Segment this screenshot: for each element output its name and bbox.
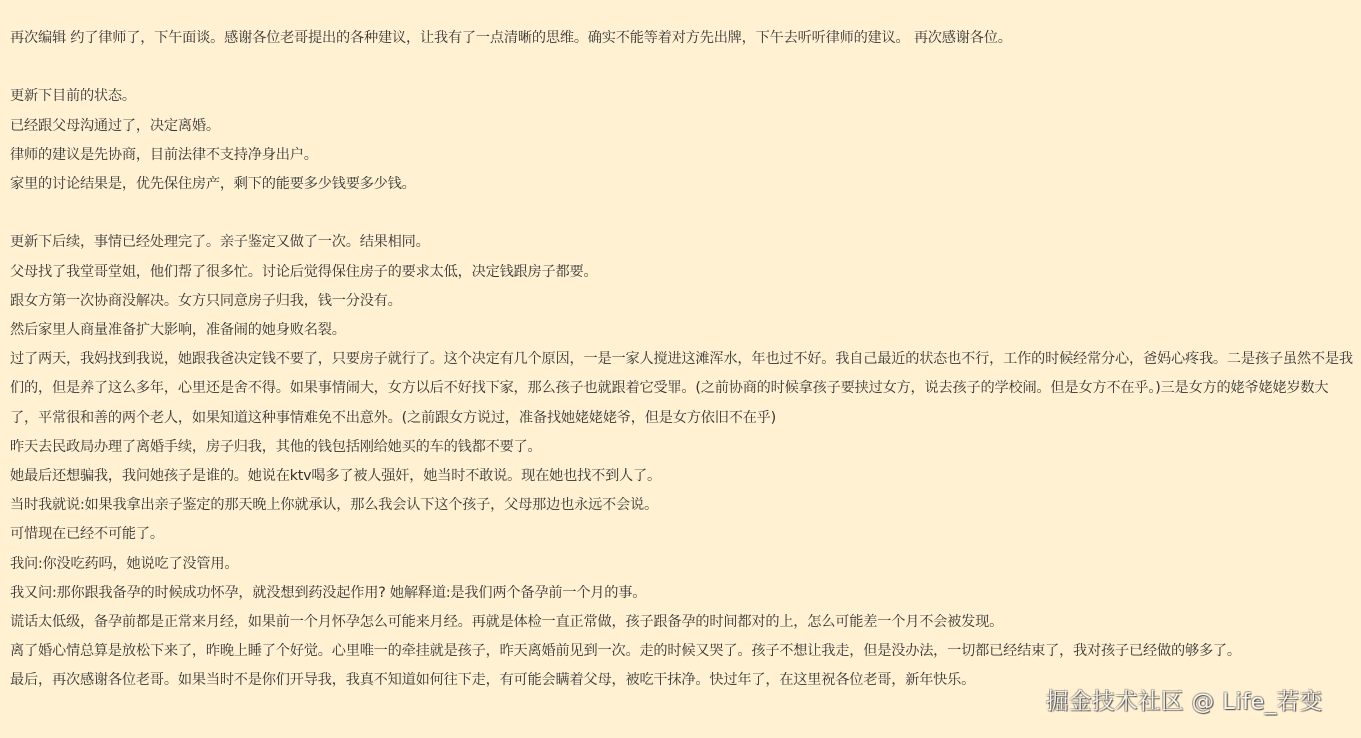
followup-line: 我又问:那你跟我备孕的时候成功怀孕，就没想到药没起作用? 她解释道:是我们两个备… <box>10 579 1355 608</box>
watermark: 掘金技术社区 @ Life_若变 <box>1046 684 1323 716</box>
followup-line: 昨天去民政局办理了离婚手续，房子归我，其他的钱包括刚给她买的车的钱都不要了。 <box>10 433 1355 462</box>
status-update-section: 更新下目前的状态。 已经跟父母沟通过了，决定离婚。 律师的建议是先协商，目前法律… <box>10 82 1355 199</box>
followup-line: 当时我就说:如果我拿出亲子鉴定的那天晚上你就承认，那么我会认下这个孩子，父母那边… <box>10 491 1355 520</box>
followup-line: 更新下后续，事情已经处理完了。亲子鉴定又做了一次。结果相同。 <box>10 228 1355 257</box>
followup-line: 过了两天，我妈找到我说，她跟我爸决定钱不要了，只要房子就行了。这个决定有几个原因… <box>10 345 1355 433</box>
paragraph-spacer <box>10 199 1355 228</box>
edit-note: 再次编辑 约了律师了，下午面谈。感谢各位老哥提出的各种建议，让我有了一点清晰的思… <box>10 24 1355 53</box>
update-line: 律师的建议是先协商，目前法律不支持净身出户。 <box>10 141 1355 170</box>
followup-line: 跟女方第一次协商没解决。女方只同意房子归我，钱一分没有。 <box>10 287 1355 316</box>
update-line: 更新下目前的状态。 <box>10 82 1355 111</box>
update-line: 家里的讨论结果是，优先保住房产，剩下的能要多少钱要多少钱。 <box>10 170 1355 199</box>
followup-line: 父母找了我堂哥堂姐，他们帮了很多忙。讨论后觉得保住房子的要求太低，决定钱跟房子都… <box>10 258 1355 287</box>
post-content: 再次编辑 约了律师了，下午面谈。感谢各位老哥提出的各种建议，让我有了一点清晰的思… <box>10 24 1355 696</box>
followup-line: 她最后还想骗我，我问她孩子是谁的。她说在ktv喝多了被人强奸，她当时不敢说。现在… <box>10 462 1355 491</box>
paragraph-spacer <box>10 53 1355 82</box>
followup-line: 可惜现在已经不可能了。 <box>10 520 1355 549</box>
followup-line: 谎话太低级，备孕前都是正常来月经，如果前一个月怀孕怎么可能来月经。再就是体检一直… <box>10 608 1355 637</box>
followup-update-section: 更新下后续，事情已经处理完了。亲子鉴定又做了一次。结果相同。 父母找了我堂哥堂姐… <box>10 228 1355 695</box>
followup-line: 我问:你没吃药吗，她说吃了没管用。 <box>10 550 1355 579</box>
followup-line: 然后家里人商量准备扩大影响，准备闹的她身败名裂。 <box>10 316 1355 345</box>
followup-line: 离了婚心情总算是放松下来了，昨晚上睡了个好觉。心里唯一的牵挂就是孩子，昨天离婚前… <box>10 637 1355 666</box>
update-line: 已经跟父母沟通过了，决定离婚。 <box>10 112 1355 141</box>
